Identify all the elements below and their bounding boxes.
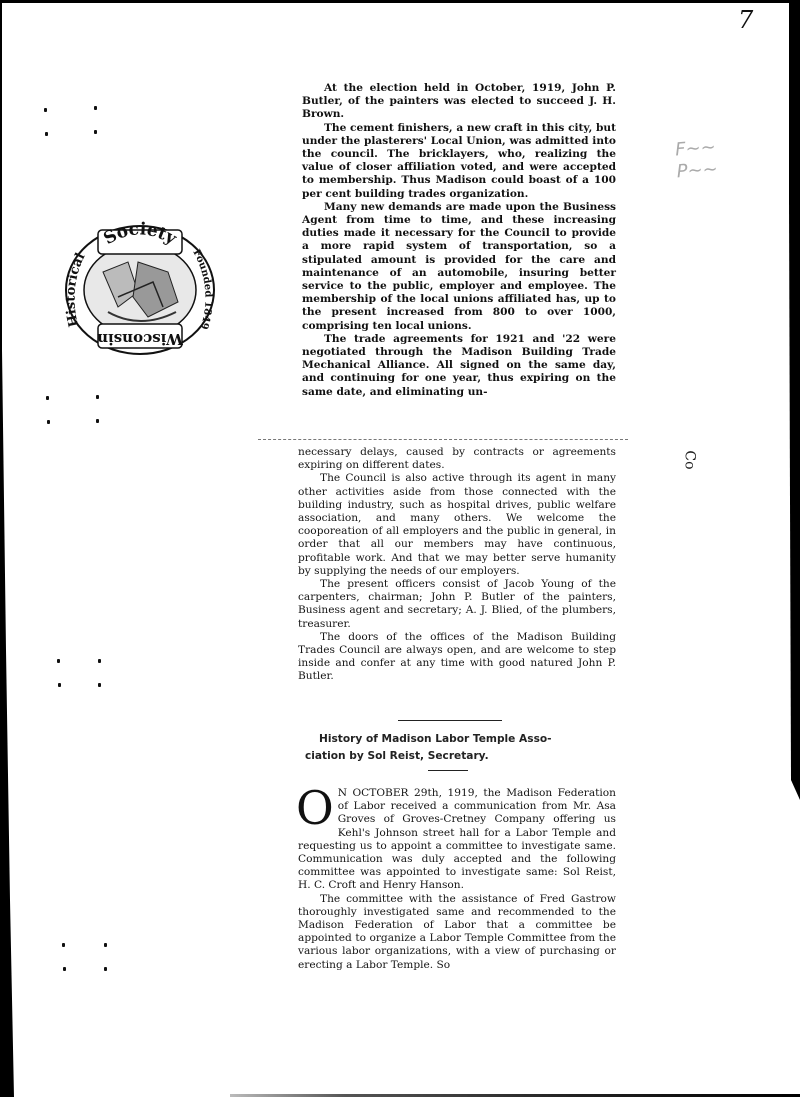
section-divider [398, 720, 502, 721]
heading-divider [428, 770, 468, 771]
margin-dot [45, 132, 48, 136]
margin-dot [44, 108, 47, 112]
margin-dot [46, 396, 49, 400]
svg-text:Wisconsin: Wisconsin [97, 330, 184, 348]
margin-dot [57, 659, 60, 663]
scan-border-top [0, 0, 800, 3]
pencil-annotation: F~~ P~~ [675, 137, 719, 184]
paragraph: The cement finishers, a new craft in thi… [302, 122, 616, 201]
article-upper-block: At the election held in October, 1919, J… [302, 82, 616, 399]
historical-society-seal-icon: Society Wisconsin Historical Founded 184… [58, 212, 222, 362]
margin-dot [47, 420, 50, 424]
labor-temple-history-block: O N OCTOBER 29th, 1919, the Madison Fede… [298, 787, 616, 972]
page-number: 7 [738, 6, 753, 34]
pencil-line: F~~ [675, 137, 717, 162]
margin-dot [104, 967, 107, 971]
margin-dot [94, 106, 97, 110]
paragraph: The committee with the assistance of Fre… [298, 893, 616, 972]
margin-dot [63, 967, 66, 971]
article-lower-block: necessary delays, caused by contracts or… [298, 446, 616, 684]
margin-dot [62, 943, 65, 947]
margin-dot [98, 659, 101, 663]
paragraph: necessary delays, caused by contracts or… [298, 446, 616, 472]
paste-seam-line [258, 439, 628, 440]
paragraph: The doors of the offices of the Madison … [298, 631, 616, 684]
paragraph: At the election held in October, 1919, J… [302, 82, 616, 122]
scan-border-right [786, 0, 800, 800]
margin-dot [98, 683, 101, 687]
section-heading: History of Madison Labor Temple Asso- ci… [305, 731, 625, 765]
margin-dot [104, 943, 107, 947]
paragraph: The present officers consist of Jacob Yo… [298, 578, 616, 631]
section-heading-line: History of Madison Labor Temple Asso- [305, 731, 625, 748]
section-heading-line: ciation by Sol Reist, Secretary. [305, 748, 625, 765]
side-mark: Co [682, 450, 698, 469]
pencil-line: P~~ [676, 159, 718, 184]
margin-dot [96, 419, 99, 423]
margin-dot [58, 683, 61, 687]
scan-border-left [0, 0, 14, 1097]
paragraph: The trade agreements for 1921 and '22 we… [302, 333, 616, 399]
paragraph: The Council is also active through its a… [298, 472, 616, 578]
paragraph: Many new demands are made upon the Busin… [302, 201, 616, 333]
paragraph: N OCTOBER 29th, 1919, the Madison Federa… [298, 787, 616, 893]
margin-dot [94, 130, 97, 134]
margin-dot [96, 395, 99, 399]
drop-cap: O [296, 787, 334, 827]
